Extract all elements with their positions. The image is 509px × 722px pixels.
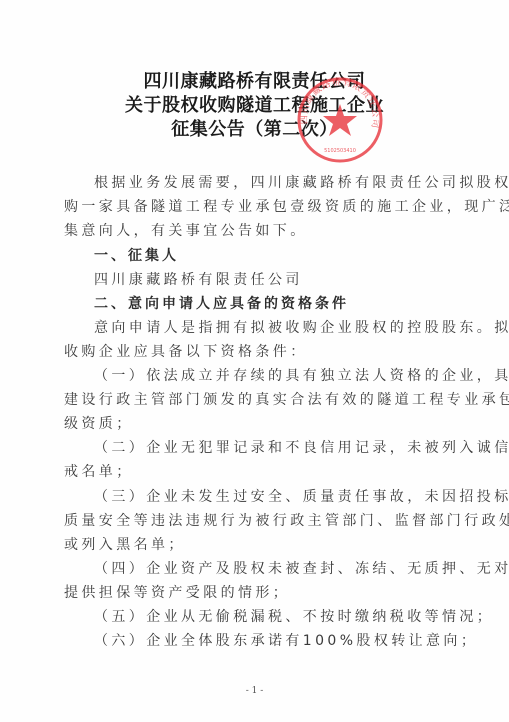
body-line: 质量安全等违法违规行为被行政主管部门、监督部门行政处罚 <box>64 509 464 533</box>
body-line: 收购企业应具备以下资格条件： <box>64 340 464 364</box>
body-line: 意向申请人是指拥有拟被收购企业股权的控股股东。拟被 <box>94 316 494 340</box>
body-line: （六）企业全体股东承诺有100%股权转让意向； <box>94 629 494 653</box>
body-line: （一）依法成立并存续的具有独立法人资格的企业，具备 <box>94 364 494 388</box>
body-line: 集意向人，有关事宜公告如下。 <box>64 219 464 243</box>
page-number: - 1 - <box>0 686 509 696</box>
body-line: （三）企业未发生过安全、质量责任事故，未因招投标或 <box>94 485 494 509</box>
body-line: （二）企业无犯罪记录和不良信用记录，未被列入诚信惩 <box>94 436 494 460</box>
body-line: 级资质； <box>64 412 464 436</box>
document-page: 四川康藏路桥有限责任公司 关于股权收购隧道工程施工企业 征集公告（第二次） 四川… <box>0 0 509 722</box>
body-line: 或列入黑名单； <box>64 533 464 557</box>
title-subject: 关于股权收购隧道工程施工企业 <box>0 94 509 118</box>
body-line: 根据业务发展需要，四川康藏路桥有限责任公司拟股权收 <box>94 171 494 195</box>
title-company: 四川康藏路桥有限责任公司 <box>0 70 509 94</box>
title-notice: 征集公告（第二次） <box>0 118 509 142</box>
body-line: 提供担保等资产受限的情形； <box>64 581 464 605</box>
svg-text:5102503410: 5102503410 <box>324 148 356 154</box>
body-line: （五）企业从无偷税漏税、不按时缴纳税收等情况； <box>94 605 494 629</box>
body-line: 四川康藏路桥有限责任公司 <box>94 268 494 292</box>
body-line: 购一家具备隧道工程专业承包壹级资质的施工企业，现广泛征 <box>64 195 464 219</box>
body-line: 建设行政主管部门颁发的真实合法有效的隧道工程专业承包壹 <box>64 388 464 412</box>
body-line: 戒名单； <box>64 460 464 484</box>
body-line: （四）企业资产及股权未被查封、冻结、无质押、无对外 <box>94 557 494 581</box>
section-heading-qualifications: 二、意向申请人应具备的资格条件 <box>94 292 494 316</box>
section-heading-collector: 一、征集人 <box>94 244 494 268</box>
